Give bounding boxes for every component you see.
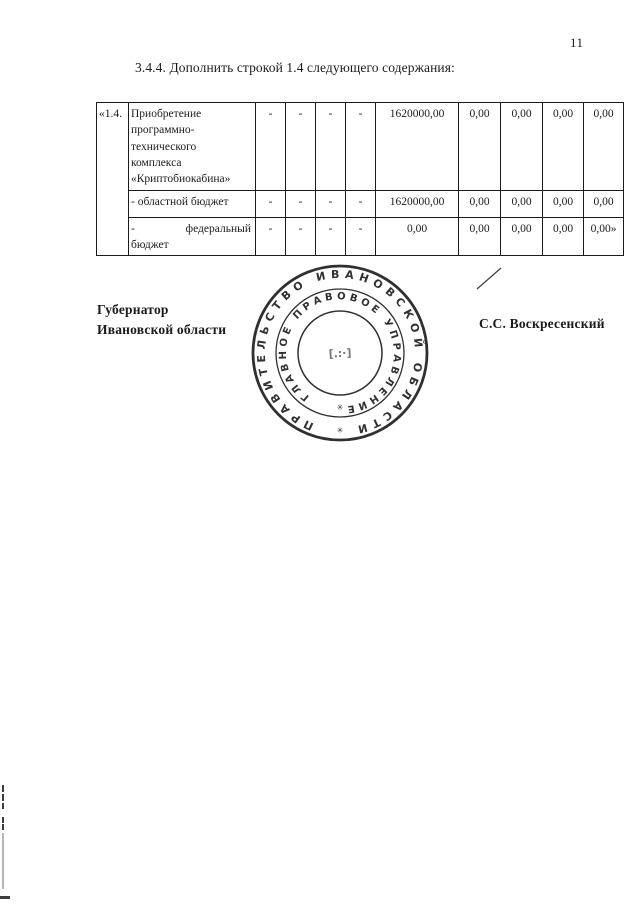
table-cell: -	[346, 190, 376, 217]
budget-source-cell: - областной бюджет	[129, 190, 256, 217]
table-cell: -	[256, 190, 286, 217]
table-cell: 0,00	[501, 103, 543, 191]
table-cell: -	[286, 103, 316, 191]
document-page: 11 3.4.4. Дополнить строкой 1.4 следующе…	[0, 0, 640, 905]
table-cell: 0,00	[459, 190, 501, 217]
signature-title: Губернатор Ивановской области	[97, 300, 226, 340]
table-cell: 0,00»	[584, 217, 624, 256]
federal-amount-cell: 0,00	[376, 217, 459, 256]
scan-artifact	[2, 803, 4, 809]
table-cell: 0,00	[543, 217, 584, 256]
page-number: 11	[570, 35, 584, 51]
table-cell: 0,00	[501, 217, 543, 256]
table-cell: -	[316, 217, 346, 256]
signature-title-line2: Ивановской области	[97, 320, 226, 340]
table-cell: 0,00	[501, 190, 543, 217]
table-cell: 0,00	[543, 190, 584, 217]
table-cell: 0,00	[459, 103, 501, 191]
table-cell: -	[316, 190, 346, 217]
signature-title-line1: Губернатор	[97, 300, 226, 320]
stamp-center-marks: [.:·]	[328, 346, 351, 360]
signature-name: С.С. Воскресенский	[479, 316, 605, 332]
table-cell: 0,00	[543, 103, 584, 191]
star-icon: ✳	[337, 403, 344, 412]
table-cell: -	[286, 190, 316, 217]
table-cell: -	[286, 217, 316, 256]
scan-artifact	[2, 817, 4, 823]
federal-label: федеральный	[186, 221, 251, 237]
scan-artifact	[2, 824, 4, 830]
table-cell: -	[256, 217, 286, 256]
official-stamp: ПРАВИТЕЛЬСТВО ИВАНОВСКОЙ ОБЛАСТИ ГЛАВНОЕ…	[245, 258, 435, 448]
table-cell: 0,00	[459, 217, 501, 256]
budget-table: «1.4. Приобретение программно- техническ…	[96, 102, 624, 256]
scan-artifact	[2, 794, 4, 801]
table-cell: 0,00	[584, 103, 624, 191]
dash-label: -	[131, 221, 135, 237]
table-row: «1.4. Приобретение программно- техническ…	[97, 103, 624, 191]
budget-source-cell: - федеральный бюджет	[129, 217, 256, 256]
table-cell: -	[256, 103, 286, 191]
budget-label: бюджет	[131, 237, 253, 253]
table-cell: -	[346, 217, 376, 256]
table-row: - областной бюджет - - - - 1620000,00 0,…	[97, 190, 624, 217]
table-cell: -	[316, 103, 346, 191]
total-amount-cell: 1620000,00	[376, 103, 459, 191]
scan-artifact	[2, 833, 4, 889]
star-icon: ✳	[337, 426, 344, 435]
scan-artifact	[2, 785, 4, 792]
table-cell: 0,00	[584, 190, 624, 217]
budget-source-line: - федеральный	[131, 221, 253, 237]
regional-amount-cell: 1620000,00	[376, 190, 459, 217]
program-name-cell: Приобретение программно- технического ко…	[129, 103, 256, 191]
section-heading: 3.4.4. Дополнить строкой 1.4 следующего …	[135, 60, 455, 76]
scan-artifact	[0, 896, 10, 899]
signature-stroke	[474, 264, 504, 292]
row-number-cell: «1.4.	[97, 103, 129, 256]
table-cell: -	[346, 103, 376, 191]
table-row: - федеральный бюджет - - - - 0,00 0,00 0…	[97, 217, 624, 256]
